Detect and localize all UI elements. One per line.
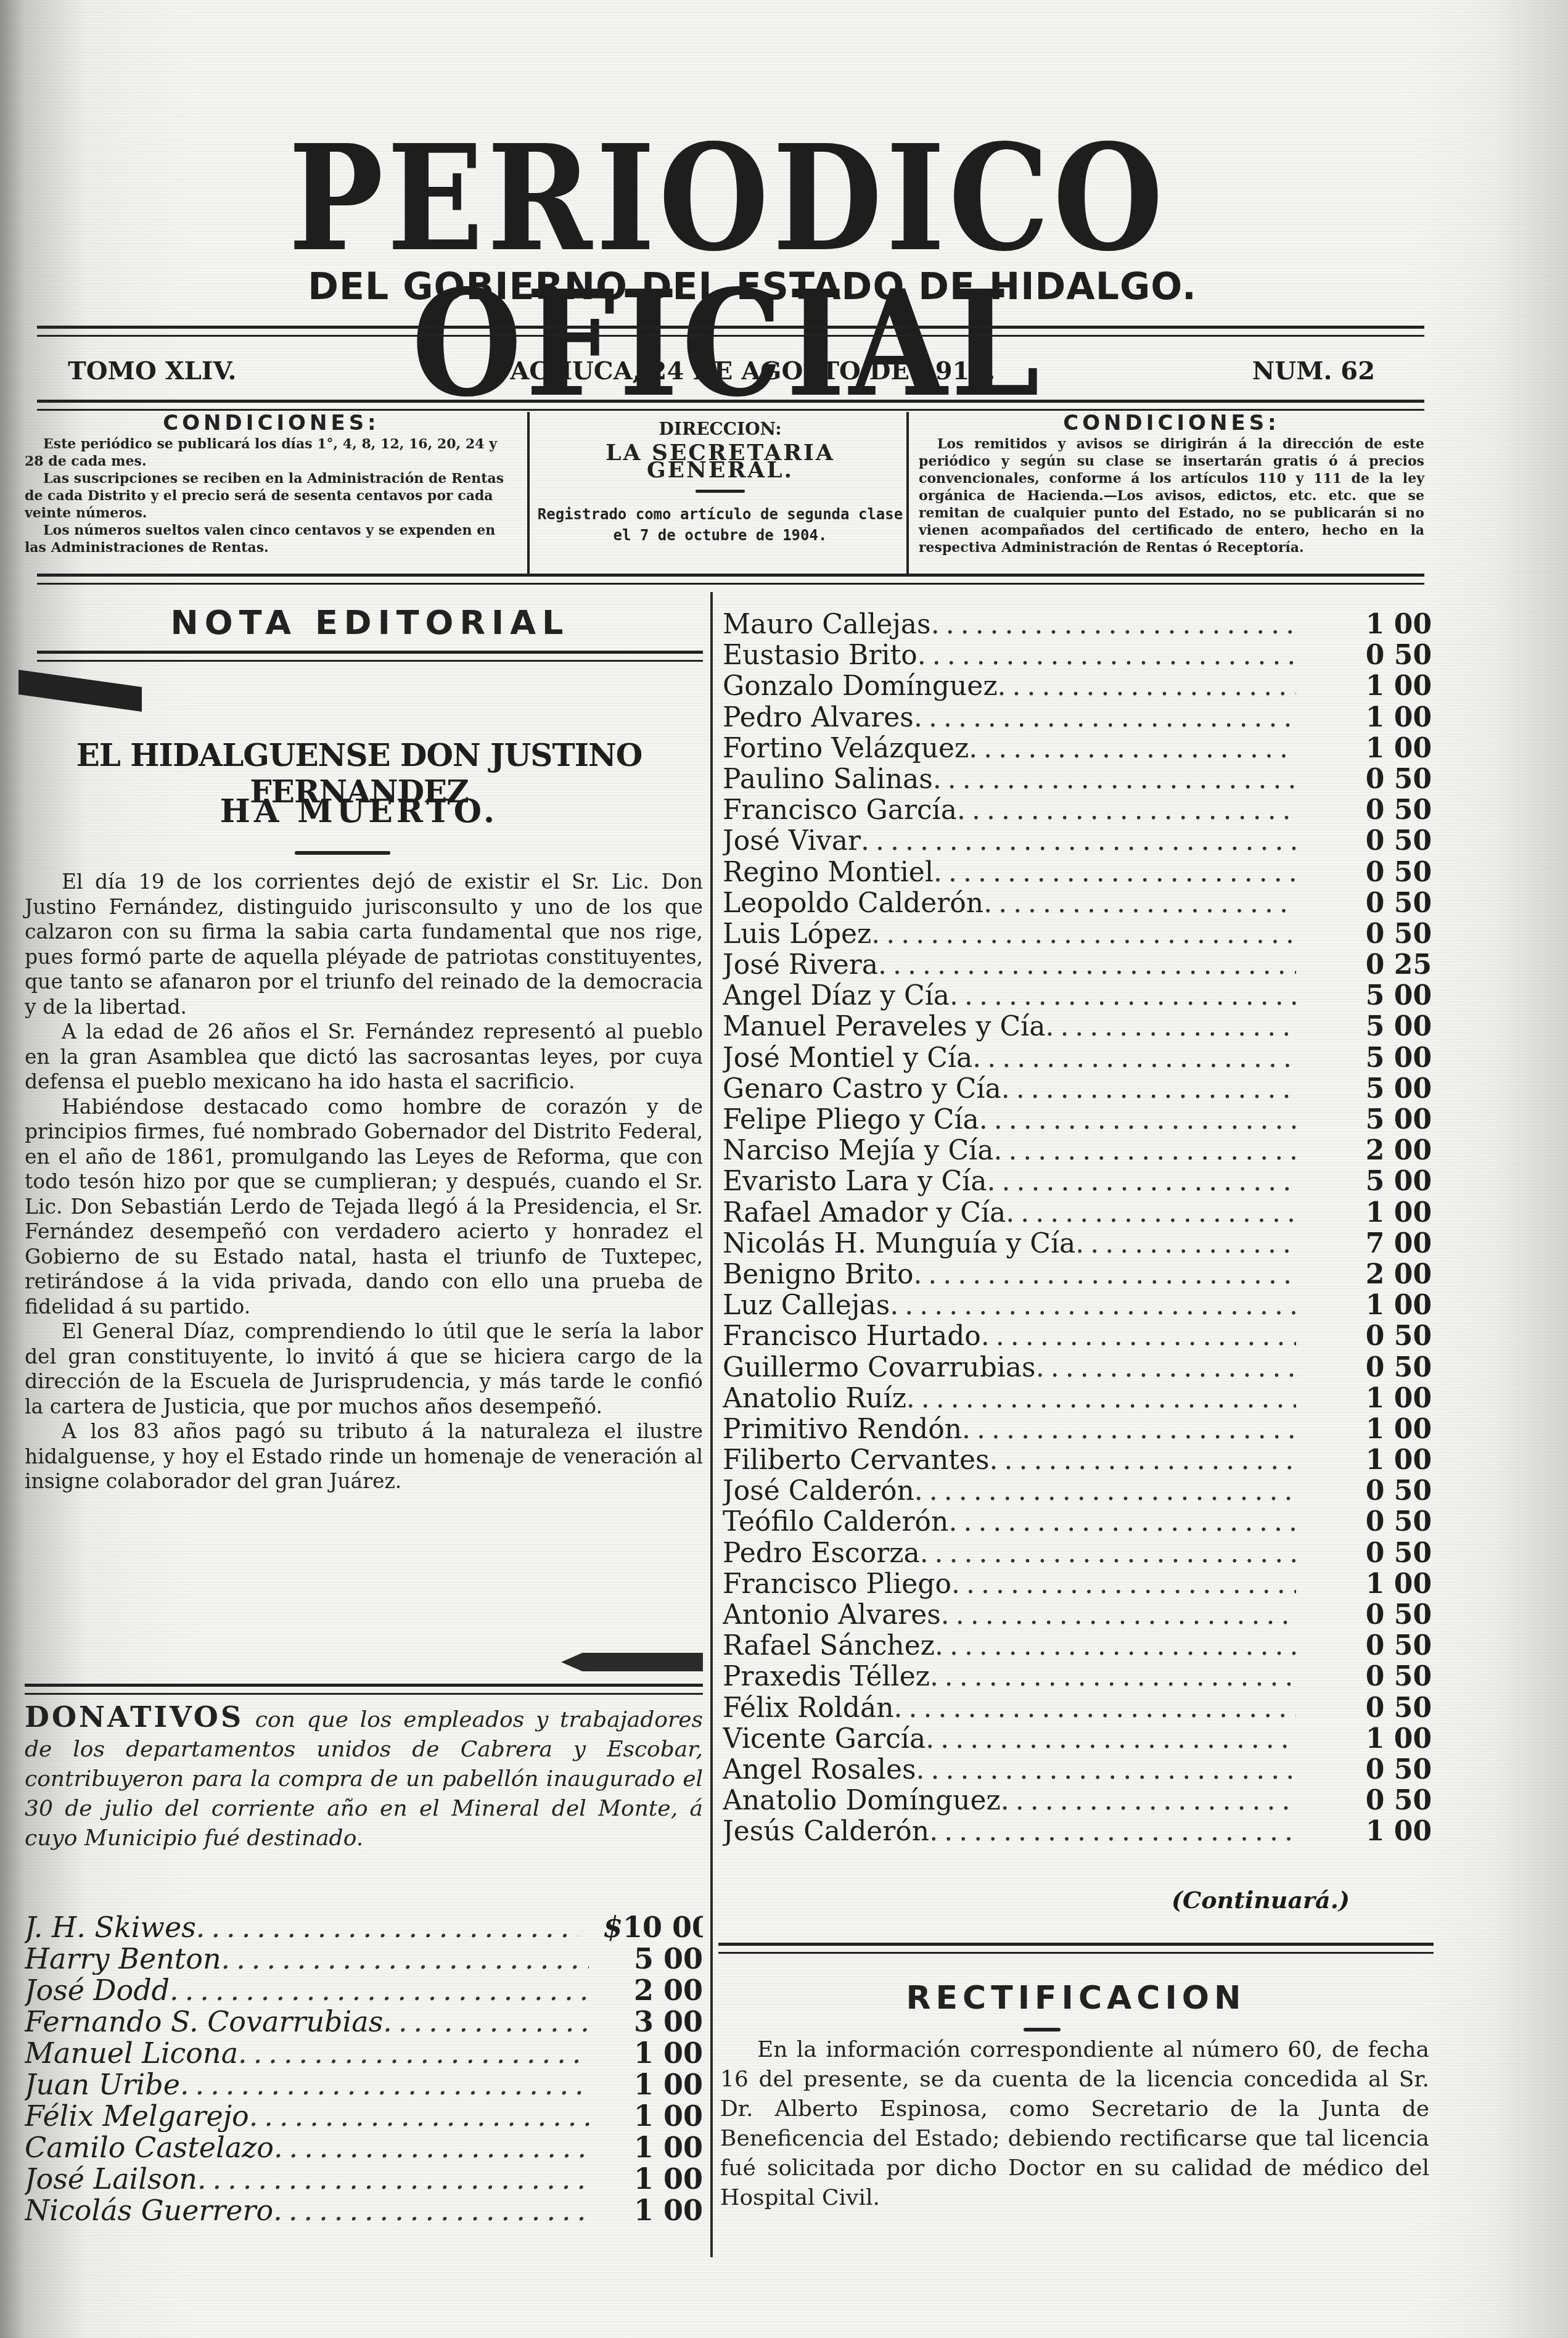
leader-dots: ........................................…: [274, 2132, 590, 2163]
donation-amount: 1 00: [1358, 1414, 1432, 1445]
issue-line: TOMO XLIV. PACHUCA, 24 DE AGOSTO DE 1911…: [68, 356, 1375, 385]
donation-amount: 0 50: [1358, 1661, 1432, 1692]
direction-rule: [696, 490, 745, 493]
list-item: Manuel Peraveles y Cía..................…: [723, 1011, 1432, 1042]
leader-dots: ........................................…: [383, 2006, 593, 2038]
list-item: Félix Roldán............................…: [723, 1693, 1432, 1724]
leader-dots: ........................................…: [998, 671, 1296, 702]
leader-dots: ........................................…: [914, 1476, 1296, 1507]
list-item: Vicente García..........................…: [723, 1724, 1432, 1755]
donation-amount: 0 50: [1358, 640, 1432, 671]
list-item: Luis López..............................…: [723, 919, 1432, 950]
leader-dots: ........................................…: [1006, 1198, 1296, 1229]
list-item: Filiberto Cervantes.....................…: [723, 1445, 1432, 1476]
donor-name: José Calderón: [723, 1476, 914, 1507]
donation-amount: 7 00: [1358, 1229, 1432, 1259]
donor-name: Camilo Castelazo: [25, 2132, 274, 2163]
editorial-paragraph: A los 83 años pagó su tributo á la natur…: [25, 1419, 703, 1494]
leader-dots: ........................................…: [962, 1414, 1296, 1445]
donor-name: Nicolás H. Munguía y Cía: [723, 1229, 1075, 1259]
list-item: Rafael Amador y Cía.....................…: [723, 1198, 1432, 1229]
donor-name: Manuel Licona: [25, 2038, 238, 2069]
leader-dots: ........................................…: [906, 1383, 1296, 1414]
conditions-right-heading: CONDICIONES:: [919, 414, 1424, 432]
donation-amount: 0 50: [1358, 888, 1432, 919]
donation-amount: 0 50: [1358, 1352, 1432, 1383]
list-item: Fernando S. Covarrubias.................…: [25, 2006, 703, 2038]
leader-dots: ........................................…: [931, 609, 1296, 640]
leader-dots: ........................................…: [929, 1816, 1296, 1847]
donor-name: Rafael Amador y Cía: [723, 1198, 1006, 1229]
leader-dots: ........................................…: [878, 950, 1296, 981]
editorial-headline-2: HA MUERTO.: [12, 792, 706, 830]
donor-name: Primitivo Rendón: [723, 1414, 962, 1445]
list-item: Narciso Mejía y Cía.....................…: [723, 1135, 1432, 1166]
conditions-divider-left: [527, 412, 530, 575]
donation-amount: 1 00: [1358, 733, 1432, 764]
masthead-rule-top: [37, 326, 1424, 337]
masthead-rule-bottom: [37, 400, 1424, 411]
rectification-rule: [718, 1943, 1434, 1954]
leader-dots: ........................................…: [871, 919, 1296, 950]
leader-dots: ........................................…: [935, 1631, 1296, 1661]
donation-amount: 5 00: [1358, 981, 1432, 1011]
list-item: Anatolio Domínguez......................…: [723, 1785, 1432, 1816]
donation-amount: 10 00: [623, 1912, 703, 1943]
donor-name: Mauro Callejas: [723, 609, 931, 640]
ornament-rule-icon: [18, 670, 142, 712]
donor-name: Regino Montiel: [723, 857, 934, 888]
donation-amount: 2 00: [623, 1975, 703, 2006]
list-item: Angel Díaz y Cía........................…: [723, 981, 1432, 1011]
donor-name: Felipe Pliego y Cía: [723, 1105, 979, 1135]
direction-registration: Registrado como artículo de segunda clas…: [535, 504, 905, 546]
list-item: Anatolio Ruíz...........................…: [723, 1383, 1432, 1414]
continued-note: (Continuará.): [1172, 1886, 1350, 1914]
donation-amount: 5 00: [1358, 1011, 1432, 1042]
list-item: José Calderón...........................…: [723, 1476, 1432, 1507]
leader-dots: ........................................…: [221, 1943, 589, 1975]
list-item: Francisco Hurtado.......................…: [723, 1321, 1432, 1352]
leader-dots: ........................................…: [993, 1135, 1296, 1166]
donor-name: Angel Díaz y Cía: [723, 981, 950, 1011]
donation-amount: 1 00: [623, 2069, 703, 2101]
list-item: Guillermo Covarrubias...................…: [723, 1352, 1432, 1383]
leader-dots: ........................................…: [914, 702, 1296, 733]
donor-name: Manuel Peraveles y Cía: [723, 1011, 1045, 1042]
donor-name: José Vivar: [723, 826, 861, 857]
list-item: Antonio Alvares.........................…: [723, 1600, 1432, 1631]
list-item: Praxedis Téllez.........................…: [723, 1661, 1432, 1692]
list-item: José Vivar..............................…: [723, 826, 1432, 857]
leader-dots: ........................................…: [196, 1912, 578, 1943]
leader-dots: ........................................…: [170, 1975, 588, 2006]
leader-dots: ........................................…: [941, 1600, 1296, 1631]
donation-amount: 1 00: [1358, 609, 1432, 640]
donor-name: Evaristo Lara y Cía: [723, 1166, 987, 1197]
leader-dots: ........................................…: [987, 1166, 1296, 1197]
leader-dots: ........................................…: [920, 1538, 1296, 1569]
donor-name: Anatolio Domínguez: [723, 1785, 1001, 1816]
leader-dots: ........................................…: [948, 1507, 1296, 1537]
donation-amount: 0 50: [1358, 857, 1432, 888]
donation-amount: 5 00: [1358, 1074, 1432, 1105]
list-item: José Dodd...............................…: [25, 1975, 703, 2006]
leader-dots: ........................................…: [926, 1724, 1296, 1755]
donation-amount: 1 00: [1358, 671, 1432, 702]
list-item: Felipe Pliego y Cía.....................…: [723, 1105, 1432, 1135]
leader-dots: ........................................…: [981, 1321, 1296, 1352]
donation-amount: 1 00: [1358, 1816, 1432, 1847]
list-item: J. H. Skiwes............................…: [25, 1912, 703, 1943]
donation-amount: 1 00: [1358, 1569, 1432, 1600]
list-item: Pedro Alvares...........................…: [723, 702, 1432, 733]
donor-name: Juan Uribe: [25, 2069, 180, 2101]
direction-name: LA SECRETARIA GENERAL.: [535, 444, 905, 479]
donor-name: Harry Benton: [25, 1943, 221, 1975]
conditions-divider-right: [906, 412, 909, 575]
donor-name: J. H. Skiwes: [25, 1912, 196, 1943]
issue-number: NUM. 62: [1252, 356, 1375, 385]
donor-name: Francisco Pliego: [723, 1569, 951, 1600]
leader-dots: ........................................…: [1075, 1229, 1296, 1259]
conditions-right-text: Los remitidos y avisos se dirigirán á la…: [919, 435, 1424, 556]
rectification-body: En la información correspondiente al núm…: [720, 2035, 1429, 2213]
donor-name: Narciso Mejía y Cía: [723, 1135, 993, 1166]
list-item: Leopoldo Calderón.......................…: [723, 888, 1432, 919]
leader-dots: ........................................…: [238, 2038, 589, 2069]
donor-name: Rafael Sánchez: [723, 1631, 935, 1661]
list-item: Primitivo Rendón........................…: [723, 1414, 1432, 1445]
rectification-short-rule: [1024, 2028, 1061, 2031]
leader-dots: ........................................…: [913, 1259, 1296, 1290]
list-item: Harry Benton............................…: [25, 1943, 703, 1975]
leader-dots: ........................................…: [917, 640, 1296, 671]
editorial-paragraph: El General Díaz, comprendiendo lo útil q…: [25, 1319, 703, 1419]
editorial-paragraph: A la edad de 26 años el Sr. Fernández re…: [25, 1019, 703, 1095]
leader-dots: ........................................…: [180, 2069, 588, 2101]
donor-name: Pedro Escorza: [723, 1538, 920, 1569]
leader-dots: ........................................…: [950, 981, 1296, 1011]
donation-amount: 0 50: [1358, 1538, 1432, 1569]
direction-heading: DIRECCION:: [535, 421, 905, 438]
conditions-right: CONDICIONES: Los remitidos y avisos se d…: [919, 414, 1424, 572]
donation-amount: 5 00: [1358, 1043, 1432, 1074]
headline-rule: [295, 851, 390, 855]
list-item: José Rivera.............................…: [723, 950, 1432, 981]
donation-amount: 0 50: [1358, 826, 1432, 857]
list-item: Jesús Calderón..........................…: [723, 1816, 1432, 1847]
donor-name: Félix Melgarejo: [25, 2101, 249, 2132]
conditions-left: CONDICIONES: Este periódico se publicará…: [25, 414, 518, 572]
conditions-rule-bottom: [37, 574, 1424, 585]
leader-dots: ........................................…: [249, 2101, 589, 2132]
list-item: Eustasio Brito..........................…: [723, 640, 1432, 671]
donation-amount: 0 50: [1358, 1476, 1432, 1507]
leader-dots: ........................................…: [957, 795, 1296, 826]
list-item: Luz Callejas............................…: [723, 1290, 1432, 1321]
list-item: Evaristo Lara y Cía.....................…: [723, 1166, 1432, 1197]
donation-amount: 1 00: [1358, 1290, 1432, 1321]
donation-amount: 1 00: [1358, 702, 1432, 733]
column-divider: [710, 592, 713, 2257]
donor-name: José Dodd: [25, 1975, 170, 2006]
donation-amount: 1 00: [1358, 1445, 1432, 1476]
list-item: Paulino Salinas.........................…: [723, 764, 1432, 795]
donor-name: Luz Callejas: [723, 1290, 890, 1321]
list-item: Juan Uribe..............................…: [25, 2069, 703, 2101]
donation-amount: 1 00: [1358, 1198, 1432, 1229]
donor-name: Nicolás Guerrero: [25, 2195, 273, 2226]
donor-name: Anatolio Ruíz: [723, 1383, 906, 1414]
donation-amount: 5 00: [1358, 1166, 1432, 1197]
donation-amount: 2 00: [1358, 1135, 1432, 1166]
donation-amount: 0 50: [1358, 1785, 1432, 1816]
donor-name: Fernando S. Covarrubias: [25, 2006, 383, 2038]
list-item: Fortino Velázquez.......................…: [723, 733, 1432, 764]
donation-amount: 0 50: [1358, 1693, 1432, 1724]
donor-name: Vicente García: [723, 1724, 926, 1755]
leader-dots: ........................................…: [969, 733, 1296, 764]
donor-name: Teófilo Calderón: [723, 1507, 948, 1537]
list-item: Camilo Castelazo........................…: [25, 2132, 703, 2163]
list-item: Regino Montiel..........................…: [723, 857, 1432, 888]
leader-dots: ........................................…: [1001, 1074, 1296, 1105]
leader-dots: ........................................…: [197, 2163, 588, 2195]
rectification-title: RECTIFICACION: [718, 1980, 1434, 2017]
donor-name: José Lailson: [25, 2163, 197, 2195]
leader-dots: ........................................…: [972, 1043, 1296, 1074]
list-item: Angel Rosales...........................…: [723, 1755, 1432, 1785]
donation-amount: 3 00: [623, 2006, 703, 2038]
end-ornament-icon: [561, 1653, 703, 1671]
editorial-paragraph: El día 19 de los corrientes dejó de exis…: [25, 870, 703, 1019]
donation-amount: 2 00: [1358, 1259, 1432, 1290]
leader-dots: ........................................…: [990, 1445, 1296, 1476]
donations-lead: DONATIVOS: [25, 1700, 244, 1734]
donation-amount: 0 50: [1358, 1507, 1432, 1537]
list-item: José Lailson............................…: [25, 2163, 703, 2195]
editorial-rule: [37, 651, 703, 662]
rectification-text: En la información correspondiente al núm…: [720, 2035, 1429, 2213]
donor-name: Luis López: [723, 919, 871, 950]
donor-name: Paulino Salinas: [723, 764, 933, 795]
list-item: Manuel Licona...........................…: [25, 2038, 703, 2069]
donor-name: Francisco Hurtado: [723, 1321, 981, 1352]
donor-name: Francisco García: [723, 795, 957, 826]
editorial-paragraph: Habiéndose destacado como hombre de cora…: [25, 1095, 703, 1320]
donor-name: Félix Roldán: [723, 1693, 894, 1724]
donations-list-left: J. H. Skiwes............................…: [25, 1912, 703, 2226]
donation-amount: 0 50: [1358, 1631, 1432, 1661]
conditions-left-heading: CONDICIONES:: [25, 414, 518, 432]
list-item: Nicolás Guerrero........................…: [25, 2195, 703, 2226]
donation-amount: 1 00: [623, 2195, 703, 2226]
donor-name: José Rivera: [723, 950, 878, 981]
donor-name: Gonzalo Domínguez: [723, 671, 998, 702]
donor-name: Eustasio Brito: [723, 640, 917, 671]
editorial-body: El día 19 de los corrientes dejó de exis…: [25, 870, 703, 1494]
leader-dots: ........................................…: [983, 888, 1296, 919]
donation-amount: 5 00: [623, 1943, 703, 1975]
conditions-left-line: Las suscripciones se reciben en la Admin…: [25, 470, 518, 522]
donor-name: Fortino Velázquez: [723, 733, 969, 764]
donation-amount: 1 00: [623, 2163, 703, 2195]
leader-dots: ........................................…: [890, 1290, 1296, 1321]
donation-amount: 0 50: [1358, 764, 1432, 795]
donor-name: Leopoldo Calderón: [723, 888, 983, 919]
donor-name: Filiberto Cervantes: [723, 1445, 990, 1476]
leader-dots: ........................................…: [916, 1755, 1297, 1785]
conditions-left-line: Este periódico se publicará los días 1°,…: [25, 435, 518, 470]
donation-amount: 1 00: [623, 2101, 703, 2132]
donor-name: Pedro Alvares: [723, 702, 914, 733]
leader-dots: ........................................…: [273, 2195, 590, 2226]
donor-name: Angel Rosales: [723, 1755, 916, 1785]
leader-dots: ........................................…: [894, 1693, 1296, 1724]
volume-label: TOMO XLIV.: [68, 356, 237, 385]
list-item: Nicolás H. Munguía y Cía................…: [723, 1229, 1432, 1259]
donations-list-right: Mauro Callejas..........................…: [723, 609, 1432, 1848]
leader-dots: ........................................…: [1036, 1352, 1296, 1383]
donation-amount: 0 50: [1358, 1321, 1432, 1352]
list-item: Benigno Brito...........................…: [723, 1259, 1432, 1290]
place-date: PACHUCA, 24 DE AGOSTO DE 1911.: [493, 356, 995, 385]
donation-amount: 1 00: [623, 2132, 703, 2163]
donation-amount: 1 00: [623, 2038, 703, 2069]
list-item: Gonzalo Domínguez.......................…: [723, 671, 1432, 702]
donor-name: Antonio Alvares: [723, 1600, 941, 1631]
donor-name: Jesús Calderón: [723, 1816, 929, 1847]
donor-name: Praxedis Téllez: [723, 1661, 930, 1692]
leader-dots: ........................................…: [861, 826, 1296, 857]
donor-name: Guillermo Covarrubias: [723, 1352, 1036, 1383]
list-item: Félix Melgarejo.........................…: [25, 2101, 703, 2132]
donation-amount: 0 50: [1358, 1755, 1432, 1785]
donor-name: José Montiel y Cía: [723, 1043, 972, 1074]
leader-dots: ........................................…: [930, 1661, 1296, 1692]
leader-dots: ........................................…: [951, 1569, 1296, 1600]
list-item: Teófilo Calderón........................…: [723, 1507, 1432, 1537]
leader-dots: ........................................…: [1045, 1011, 1296, 1042]
newspaper-subtitle: DEL GOBIERNO DEL ESTADO DE HIDALGO.: [259, 265, 1246, 308]
list-item: Francisco García........................…: [723, 795, 1432, 826]
currency-symbol: $: [603, 1912, 623, 1943]
donation-amount: 0 50: [1358, 1600, 1432, 1631]
donor-name: Benigno Brito: [723, 1259, 913, 1290]
donor-name: Genaro Castro y Cía: [723, 1074, 1001, 1105]
leader-dots: ........................................…: [934, 857, 1296, 888]
list-item: Rafael Sánchez..........................…: [723, 1631, 1432, 1661]
donation-amount: 0 50: [1358, 795, 1432, 826]
list-item: Pedro Escorza...........................…: [723, 1538, 1432, 1569]
editorial-section-title: NOTA EDITORIAL: [62, 603, 678, 642]
donations-intro: DONATIVOS con que los empleados y trabaj…: [25, 1702, 703, 1853]
donation-amount: 1 00: [1358, 1383, 1432, 1414]
leader-dots: ........................................…: [933, 764, 1296, 795]
donations-rule: [25, 1684, 703, 1695]
direction-box: DIRECCION: LA SECRETARIA GENERAL. Regist…: [535, 414, 905, 572]
donation-amount: 0 25: [1358, 950, 1432, 981]
conditions-left-line: Los números sueltos valen cinco centavos…: [25, 522, 518, 556]
list-item: Mauro Callejas..........................…: [723, 609, 1432, 640]
list-item: Genaro Castro y Cía.....................…: [723, 1074, 1432, 1105]
donation-amount: 1 00: [1358, 1724, 1432, 1755]
list-item: José Montiel y Cía......................…: [723, 1043, 1432, 1074]
leader-dots: ........................................…: [979, 1105, 1296, 1135]
list-item: Francisco Pliego........................…: [723, 1569, 1432, 1600]
donation-amount: 0 50: [1358, 919, 1432, 950]
donation-amount: 5 00: [1358, 1105, 1432, 1135]
leader-dots: ........................................…: [1001, 1785, 1296, 1816]
